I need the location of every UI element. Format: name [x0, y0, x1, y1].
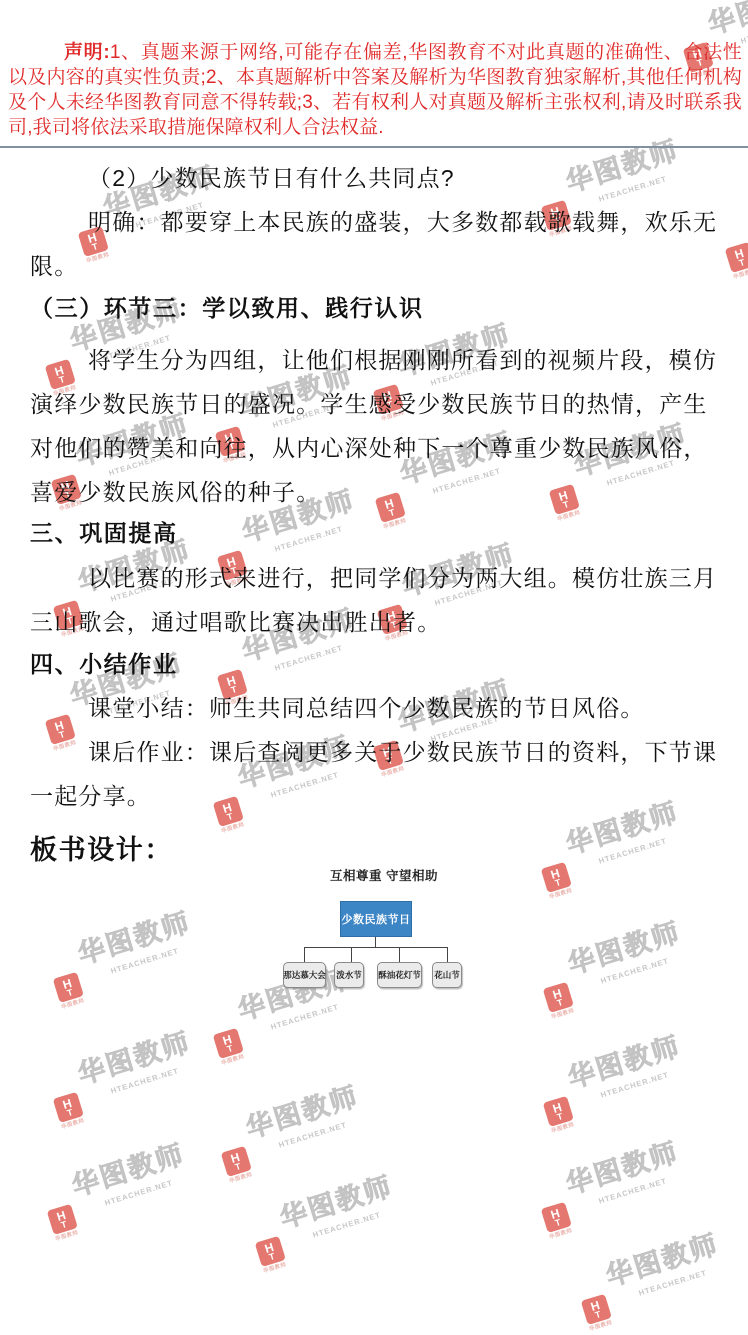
text-line: 将学生分为四组，让他们根据刚刚所看到的视频片段，模仿	[30, 338, 728, 382]
huatu-logo-icon: H T 华图教师	[543, 1096, 574, 1127]
watermark-brand: 华图教师	[243, 1081, 363, 1144]
logo-letter-bottom: T	[554, 878, 562, 887]
document-page: H T 华图教师 华图教师 HTEACHER.NET H T 华图教师 华图教师…	[0, 0, 748, 1335]
connector-line	[304, 947, 448, 948]
logo-letter-bottom: T	[234, 1162, 242, 1171]
huatu-logo-icon: H T 华图教师	[541, 1202, 572, 1233]
watermark-brand: 华图教师	[565, 917, 685, 980]
logo-letter-bottom: T	[60, 1220, 68, 1229]
huatu-watermark: H T 华图教师 华图教师 HTEACHER.NET	[535, 920, 692, 1013]
huatu-watermark: H T 华图教师 华图教师 HTEACHER.NET	[213, 1084, 370, 1177]
diagram-child-node: 泼水节	[334, 962, 364, 988]
heading-line: （三）环节三：学以致用、践行认识	[30, 286, 728, 330]
paragraph-competition: 以比赛的形式来进行，把同学们分为两大组。模仿壮族三月 三山歌会，通过唱歌比赛决出…	[30, 556, 728, 644]
paragraph-class-summary: 课堂小结：师生共同总结四个少数民族的节日风俗。	[30, 686, 728, 730]
watermark-domain: HTEACHER.NET	[110, 946, 180, 975]
logo-letter-top: H	[552, 1102, 563, 1114]
disclaimer-body: 1、真题来源于网络,可能存在偏差,华图教育不对此真题的准确性、合法性以及内容的真…	[8, 42, 742, 138]
watermark-domain: HTEACHER.NET	[600, 956, 670, 985]
huatu-watermark: H T 华图教师 华图教师 HTEACHER.NET	[533, 1140, 690, 1233]
watermark-text: 华图教师 HTEACHER.NET	[563, 1140, 687, 1216]
diagram-title: 互相尊重 守望相助	[318, 866, 450, 884]
paragraph-activity: 将学生分为四组，让他们根据刚刚所看到的视频片段，模仿 演绎少数民族节日的盛况。学…	[30, 338, 728, 514]
heading-line: 四、小结作业	[30, 642, 728, 686]
huatu-watermark: H T 华图教师 华图教师 HTEACHER.NET	[45, 1030, 202, 1123]
huatu-logo-icon: H T 华图教师	[725, 242, 748, 273]
paragraph-question: （2）少数民族节日有什么共同点?	[30, 156, 728, 200]
watermark-text: 华图教师 HTEACHER.NET	[603, 1232, 727, 1308]
logo-letter-bottom: T	[738, 258, 746, 267]
diagram-root-node: 少数民族节日	[340, 901, 412, 937]
logo-caption: 华图教师	[549, 1228, 574, 1241]
paragraph-homework: 课后作业：课后查阅更多关于少数民族节日的资料，下节课 一起分享。	[30, 730, 728, 818]
text-line: 课后作业：课后查阅更多关于少数民族节日的资料，下节课	[30, 730, 728, 774]
logo-letter-bottom: T	[226, 1044, 234, 1053]
heading-consolidation: 三、巩固提高	[30, 511, 728, 555]
watermark-text: 华图教师 HTEACHER.NET	[565, 920, 689, 996]
logo-letter-top: H	[230, 1152, 241, 1164]
huatu-logo-icon: H T 华图教师	[213, 1028, 244, 1059]
logo-letter-top: H	[734, 248, 745, 260]
watermark-brand: 华图教师	[277, 1171, 397, 1234]
logo-caption: 华图教师	[61, 1118, 86, 1131]
logo-letter-bottom: T	[66, 1108, 74, 1117]
connector-line	[447, 947, 448, 962]
logo-letter-bottom: T	[556, 1112, 564, 1121]
huatu-logo-icon: H T 华图教师	[255, 1236, 286, 1267]
logo-caption: 华图教师	[733, 268, 748, 281]
logo-caption: 华图教师	[551, 1122, 576, 1135]
logo-caption: 华图教师	[589, 1320, 614, 1333]
logo-letter-bottom: T	[556, 998, 564, 1007]
logo-letter-bottom: T	[594, 1310, 602, 1319]
section-divider	[0, 146, 748, 148]
huatu-logo-icon: H T 华图教师	[53, 972, 84, 1003]
heading-summary-homework: 四、小结作业	[30, 642, 728, 686]
text-line: 明确：都要穿上本民族的盛装，大多数都载歌载舞，欢乐无	[30, 200, 728, 244]
connector-line	[375, 937, 376, 947]
text-line: 课堂小结：师生共同总结四个少数民族的节日风俗。	[30, 686, 728, 730]
watermark-domain: HTEACHER.NET	[598, 1176, 668, 1205]
huatu-logo-icon: H T 华图教师	[53, 1092, 84, 1123]
logo-caption: 华图教师	[551, 1008, 576, 1021]
watermark-domain: HTEACHER.NET	[110, 1066, 180, 1095]
heading-line: 三、巩固提高	[30, 511, 728, 555]
watermark-brand: 华图教师	[69, 1139, 189, 1202]
logo-caption: 华图教师	[549, 888, 574, 901]
watermark-text: 华图教师 HTEACHER.NET	[243, 1084, 367, 1160]
disclaimer-prefix: 声明:	[64, 42, 110, 63]
huatu-logo-icon: H T 华图教师	[221, 1146, 252, 1177]
watermark-domain: HTEACHER.NET	[270, 1002, 340, 1031]
logo-letter-top: H	[62, 978, 73, 990]
logo-letter-top: H	[264, 1242, 275, 1254]
logo-letter-bottom: T	[66, 988, 74, 997]
watermark-text: 华图教师 HTEACHER.NET	[75, 1030, 199, 1106]
watermark-domain: HTEACHER.NET	[638, 1268, 708, 1297]
text-line: 限。	[30, 244, 728, 288]
watermark-text: 华图教师 HTEACHER.NET	[69, 1142, 193, 1218]
watermark-brand: 华图教师	[603, 1229, 723, 1292]
logo-caption: 华图教师	[55, 1230, 80, 1243]
text-line: 三山歌会，通过唱歌比赛决出胜出者。	[30, 600, 728, 644]
huatu-watermark: H T 华图教师 华图教师 HTEACHER.NET	[573, 1232, 730, 1325]
huatu-logo-icon: H T 华图教师	[543, 982, 574, 1013]
watermark-brand: 华图教师	[75, 1027, 195, 1090]
watermark-domain: HTEACHER.NET	[104, 1178, 174, 1207]
huatu-logo-icon: H T 华图教师	[47, 1204, 78, 1235]
logo-letter-bottom: T	[268, 1252, 276, 1261]
huatu-watermark: H T 华图教师 华图教师 HTEACHER.NET	[45, 910, 202, 1003]
logo-letter-top: H	[590, 1300, 601, 1312]
text-line: 喜爱少数民族风俗的种子。	[30, 470, 728, 514]
logo-caption: 华图教师	[229, 1172, 254, 1185]
logo-letter-bottom: T	[554, 1218, 562, 1227]
text-line: （2）少数民族节日有什么共同点?	[30, 156, 728, 200]
watermark-brand: 华图教师	[75, 907, 195, 970]
logo-letter-top: H	[62, 1098, 73, 1110]
logo-letter-top: H	[56, 1210, 67, 1222]
connector-line	[351, 947, 352, 962]
heading-step3: （三）环节三：学以致用、践行认识	[30, 286, 728, 330]
text-line: 以比赛的形式来进行，把同学们分为两大组。模仿壮族三月	[30, 556, 728, 600]
text-line: 一起分享。	[30, 774, 728, 818]
watermark-brand: 华图教师	[565, 1031, 685, 1094]
text-line: 演绎少数民族节日的盛况。学生感受少数民族节日的热情，产生	[30, 382, 728, 426]
logo-letter-top: H	[552, 988, 563, 1000]
disclaimer-text: 声明:1、真题来源于网络,可能存在偏差,华图教育不对此真题的准确性、合法性以及内…	[8, 40, 742, 140]
logo-caption: 华图教师	[61, 998, 86, 1011]
logo-caption: 华图教师	[221, 1054, 246, 1067]
diagram-child-node: 那达慕大会	[283, 962, 326, 988]
watermark-text: 华图教师 HTEACHER.NET	[277, 1174, 401, 1250]
huatu-watermark: H T 华图教师 华图教师 HTEACHER.NET	[535, 1034, 692, 1127]
huatu-logo-icon: H T 华图教师	[581, 1294, 612, 1325]
huatu-watermark: H T 华图教师 华图教师 HTEACHER.NET	[247, 1174, 404, 1267]
diagram-child-node: 酥油花灯节	[377, 962, 422, 988]
logo-letter-top: H	[222, 1034, 233, 1046]
watermark-brand: 华图教师	[563, 1137, 683, 1200]
logo-caption: 华图教师	[263, 1262, 288, 1275]
watermark-brand: 华图教师	[705, 0, 748, 40]
text-line: 对他们的赞美和向往，从内心深处种下一个尊重少数民族风俗，	[30, 426, 728, 470]
connector-line	[304, 947, 305, 962]
watermark-domain: HTEACHER.NET	[600, 1070, 670, 1099]
diagram-child-node: 花山节	[432, 962, 462, 988]
watermark-text: 华图教师 HTEACHER.NET	[565, 1034, 689, 1110]
connector-line	[399, 947, 400, 962]
huatu-watermark: H T 华图教师 华图教师 HTEACHER.NET	[39, 1142, 196, 1235]
watermark-domain: HTEACHER.NET	[278, 1120, 348, 1149]
logo-letter-top: H	[550, 1208, 561, 1220]
paragraph-answer: 明确：都要穿上本民族的盛装，大多数都载歌载舞，欢乐无 限。	[30, 200, 728, 288]
watermark-text: 华图教师 HTEACHER.NET	[75, 910, 199, 986]
watermark-domain: HTEACHER.NET	[312, 1210, 382, 1239]
